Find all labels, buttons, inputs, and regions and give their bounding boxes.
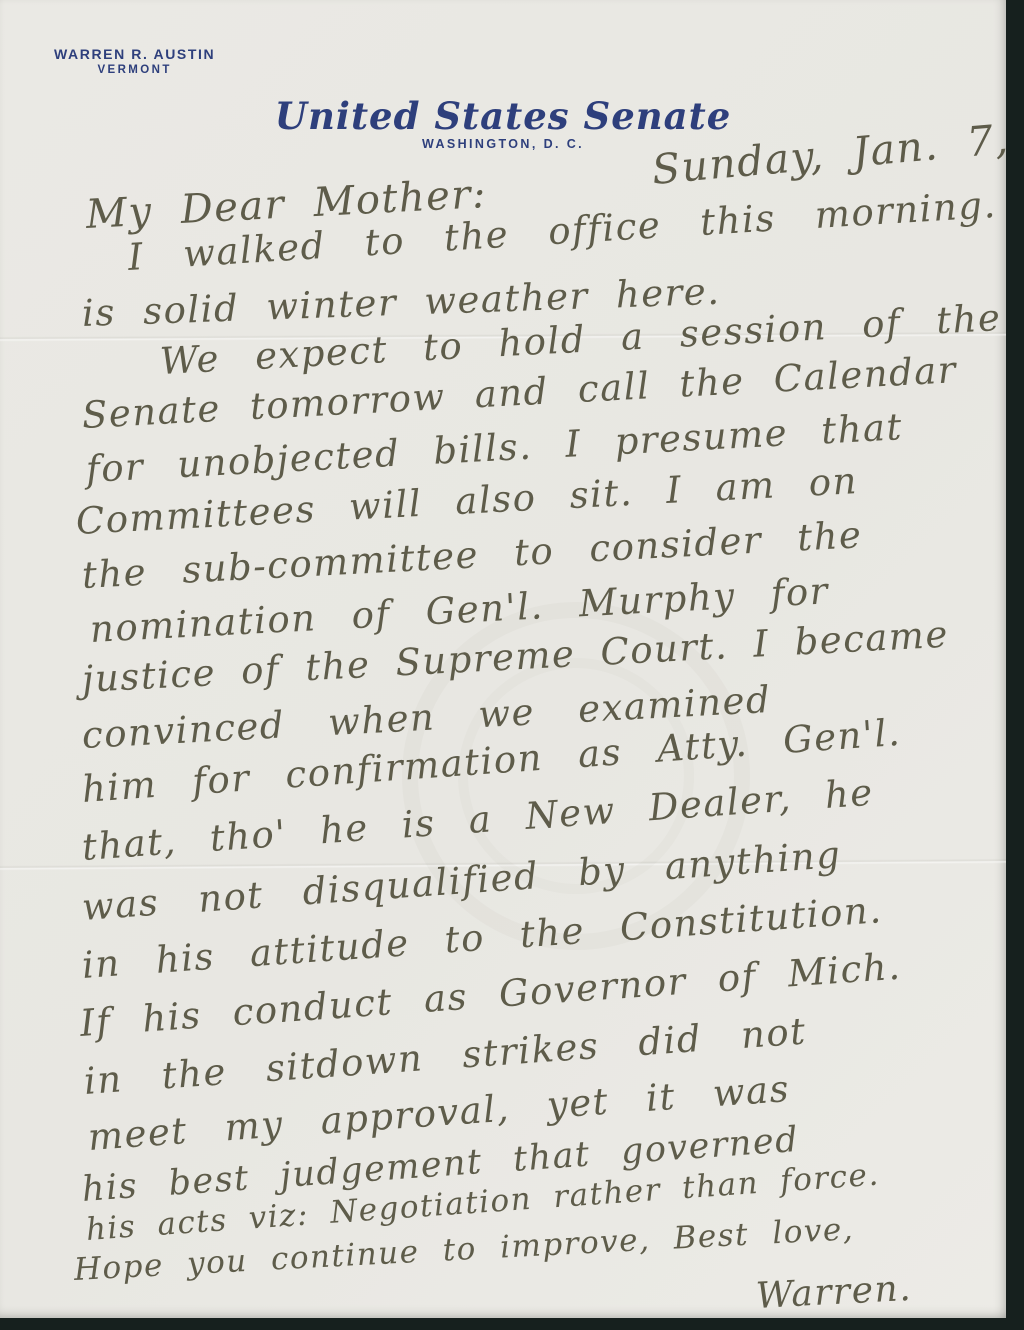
letter-paper: WARREN R. AUSTIN VERMONT United States S… [0,0,1006,1318]
letterhead-sender-name: WARREN R. AUSTIN [54,46,215,62]
signature: Warren. [755,1268,913,1317]
scanned-letter: WARREN R. AUSTIN VERMONT United States S… [0,0,1024,1330]
letterhead-sender-block: WARREN R. AUSTIN VERMONT [54,46,215,76]
letterhead-sender-state: VERMONT [54,64,215,76]
